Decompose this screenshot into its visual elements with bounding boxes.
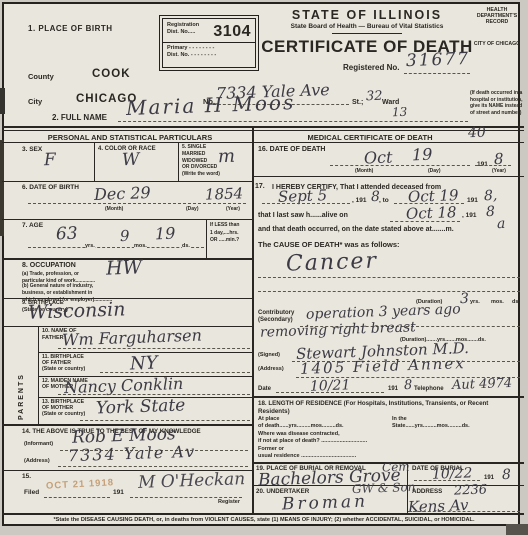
row-rule	[254, 396, 524, 398]
full-name-value: Maria H Moos	[126, 92, 296, 118]
city-record-label: CITY OF CHICAGO	[470, 41, 524, 47]
age-line	[28, 247, 204, 248]
full-name-line	[118, 121, 468, 122]
father-line	[58, 348, 250, 349]
row-rule	[2, 219, 252, 220]
dob-line	[28, 203, 246, 204]
right-column-title: MEDICAL CERTIFICATE OF DEATH	[270, 133, 470, 142]
row-rule	[254, 176, 524, 177]
left-column-title: PERSONAL AND STATISTICAL PARTICULARS	[10, 133, 250, 142]
column-title-rule	[2, 142, 524, 143]
registered-no-label: Registered No.	[343, 63, 399, 73]
last-seen-value: Oct 18	[406, 205, 457, 222]
telephone-value: Aut 4974	[452, 377, 513, 392]
dob-month-sublabel: (Month)	[105, 206, 123, 212]
birthplace-value: Wisconsin	[28, 300, 126, 322]
death-certificate-scan: 1. PLACE OF BIRTH RegistrationDist. No..…	[0, 0, 528, 535]
header-rule-thick	[2, 126, 524, 128]
registered-no-value: 31677	[406, 51, 471, 70]
informant-address-line	[58, 466, 248, 467]
contributory-label: Contributory (Secondary)	[258, 310, 294, 324]
age-yrs-label: yrs.	[85, 243, 95, 250]
registrar-signature: M O'Heckan	[138, 471, 246, 492]
in-state-label: In the State......yrs.........mos.......…	[392, 416, 470, 429]
telephone-label: Telephone	[414, 386, 444, 393]
color-race-value: W	[122, 152, 140, 170]
father-bp-line	[100, 372, 250, 373]
undertaker-address-line	[408, 511, 520, 512]
mother-line	[58, 394, 250, 395]
age-years-value: 63	[56, 226, 78, 244]
dob-value: Dec 29	[94, 185, 151, 203]
from-year-prefix: , 191	[352, 197, 366, 205]
marital-value: m	[218, 148, 236, 167]
county-value: COOK	[92, 68, 131, 82]
registration-dist-label: RegistrationDist. No.....	[167, 22, 199, 35]
informant-address-value: 7334 Yale Av	[68, 444, 197, 464]
county-label: County	[28, 72, 54, 81]
to-year-value: 8,	[484, 189, 498, 203]
city-label: City	[28, 97, 42, 106]
hospital-note: (If death occurred in a hospital or inst…	[470, 90, 525, 116]
title-rule	[332, 33, 402, 34]
death-time-value: a	[497, 217, 506, 231]
attended-from-line	[262, 203, 350, 204]
signed-address-label: (Address)	[258, 366, 284, 373]
row-rule	[2, 298, 252, 299]
undertaker-value: Broman	[282, 494, 369, 514]
footnote: *State the DISEASE CAUSING DEATH, or, in…	[16, 517, 512, 524]
dob-year-value: 1854	[205, 186, 244, 202]
filed-year-label: 191	[113, 489, 124, 497]
cell-divider	[178, 143, 179, 181]
duration-mos-label: mos.	[491, 299, 504, 306]
certify-line3: and that death occurred, on the date sta…	[258, 226, 454, 234]
column-divider	[252, 127, 254, 513]
date-signed-line	[276, 392, 384, 393]
date-191-label: 191	[388, 386, 398, 393]
ls-year-prefix: , 191	[462, 212, 476, 220]
ls-year-value: 8	[486, 205, 495, 219]
age-ds-label: ds.	[182, 243, 190, 250]
filed-line	[44, 497, 110, 498]
cause-line1	[258, 277, 520, 278]
row-rule	[2, 181, 252, 182]
scan-corner-mark	[506, 524, 528, 535]
disease-contracted-label: Where was disease contracted, if not at …	[258, 431, 367, 444]
st-label: St.;	[352, 99, 363, 107]
dod-month-sublabel: (Month)	[355, 168, 373, 174]
duration-yrs-label: yrs.	[470, 299, 480, 306]
date-of-death-month: Oct	[364, 150, 393, 167]
columns-bottom-rule	[2, 513, 524, 515]
register-label: Register	[218, 499, 240, 506]
sex-value: F	[44, 152, 56, 169]
section17-number: 17.	[255, 183, 265, 191]
dob-year-sublabel: (Year)	[226, 206, 240, 212]
cause-of-death-value: Cancer	[286, 250, 379, 275]
residence-length-label: 18. LENGTH OF RESIDENCE (For Hospitals, …	[258, 400, 520, 416]
cert-no-handwritten: 40	[468, 126, 486, 141]
burial-year-value: 8	[502, 468, 511, 482]
dod-year-sublabel: (Year)	[492, 168, 506, 174]
parents-section-label: PARENTS	[18, 340, 26, 420]
section1-label: 1. PLACE OF BIRTH	[28, 24, 113, 34]
binding-mark	[0, 88, 5, 114]
date-of-death-day: 19	[412, 147, 433, 164]
age-days-value: 19	[155, 226, 176, 243]
ward-value-2: 13	[392, 106, 408, 119]
father-birthplace-label: 11. BIRTHPLACE OF FATHER (State or count…	[42, 354, 85, 373]
mother-bp-line	[80, 420, 250, 421]
signed-label: (Signed)	[258, 352, 280, 359]
to-label: , to	[379, 197, 389, 205]
burial-191-label: 191	[484, 475, 494, 482]
filed-label: Filed	[24, 489, 39, 497]
cell-divider	[94, 143, 95, 181]
dod-day-sublabel: (Day)	[428, 168, 441, 174]
section15-label: 15.	[22, 473, 31, 481]
date-signed-label: Date	[258, 386, 271, 393]
mother-birthplace-label: 13. BIRTHPLACE OF MOTHER (State or count…	[42, 399, 85, 418]
undertaker-address-label: ADDRESS	[412, 488, 442, 495]
parents-divider	[38, 326, 39, 424]
cause-of-death-label: The CAUSE OF DEATH* was as follows:	[258, 240, 400, 249]
cell-divider	[206, 219, 207, 258]
burial-date-line	[414, 480, 480, 481]
registrar-line	[130, 497, 242, 498]
less-than-day-note: If LESS than 1 day,....hrs. OR .....min.…	[210, 222, 239, 245]
at-place-label: At place of death......yrs.........mos..…	[258, 416, 344, 429]
primary-label: Primary - - - - - - - -	[167, 45, 251, 52]
state-title: STATE OF ILLINOIS	[262, 8, 472, 23]
age-months-value: 9	[120, 229, 130, 244]
registered-no-line	[404, 73, 470, 74]
date-of-death-label: 16. DATE OF DEATH	[258, 146, 325, 154]
primary-dist-label: Dist. No. - - - - - - - -	[167, 52, 251, 59]
certify-line2: that I last saw h......alive on	[258, 212, 348, 220]
age-mos-label: mos.	[134, 243, 147, 250]
occupation-value: HW	[106, 258, 143, 278]
date-year-value: 8	[404, 379, 413, 392]
ward-value: 32	[366, 90, 383, 104]
occupation-label: 8. OCCUPATION	[22, 262, 76, 270]
header-rule-thin	[2, 130, 524, 131]
informant-label: (Informant)	[24, 441, 53, 448]
dob-day-sublabel: (Day)	[186, 206, 199, 212]
mother-birthplace-value: York State	[96, 397, 186, 417]
marital-label: 5. SINGLE MARRIED WIDOWED OR DIVORCED (W…	[182, 144, 220, 178]
dod-line	[330, 165, 470, 166]
binding-mark	[0, 140, 4, 236]
cause-line2	[258, 291, 520, 292]
father-birthplace-value: NY	[130, 355, 158, 374]
former-residence-label: Former or usual residence ..............…	[258, 446, 356, 459]
row-rule	[2, 326, 252, 327]
registration-district-box: RegistrationDist. No..... 3104 Primary -…	[162, 18, 256, 68]
age-label: 7. AGE	[22, 222, 43, 230]
to-year-prefix: 191	[467, 197, 478, 205]
sex-label: 3. SEX	[22, 146, 42, 154]
duration-years-value: 3	[460, 292, 469, 306]
informant-address-label: (Address)	[24, 458, 50, 465]
dept-record-label: HEALTH DEPARTMENT'S RECORD	[470, 7, 524, 26]
dod-year-line	[475, 165, 511, 166]
dob-label: 6. DATE OF BIRTH	[22, 184, 79, 192]
state-subtitle: State Board of Health — Bureau of Vital …	[258, 23, 476, 31]
duration-ds-label: ds.	[512, 299, 520, 306]
registration-number: 3104	[213, 22, 251, 41]
full-name-label: 2. FULL NAME	[52, 113, 107, 123]
